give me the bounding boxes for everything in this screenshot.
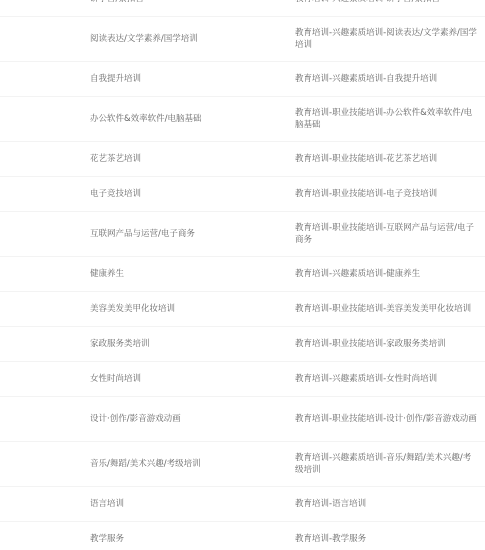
category-name: 互联网产品与运营/电子商务 [0,228,295,240]
category-name: 美容美发美甲化妆培训 [0,303,295,315]
table-row: 办公软件&效率软件/电脑基础 教育培训-职业技能培训-办公软件&效率软件/电脑基… [0,97,485,142]
category-path: 教育培训-兴趣素质培训-阅读表达/文学素养/国学培训 [295,27,477,51]
table-row: 女性时尚培训 教育培训-兴趣素质培训-女性时尚培训 [0,362,485,397]
table-row: 花艺茶艺培训 教育培训-职业技能培训-花艺茶艺培训 [0,142,485,177]
table-row: 教学服务 教育培训-教学服务 [0,522,485,550]
category-path: 教育培训-职业技能培训-设计·创作/影音游戏动画 [295,413,477,425]
category-path: 教育培训-职业技能培训-家政服务类培训 [295,338,477,350]
table-row: 家政服务类培训 教育培训-职业技能培训-家政服务类培训 [0,327,485,362]
category-name: 语言培训 [0,498,295,510]
category-path: 教育培训-兴趣素质培训-研学营/素拓营 [295,0,477,5]
table-row: 互联网产品与运营/电子商务 教育培训-职业技能培训-互联网产品与运营/电子商务 [0,212,485,257]
category-name: 办公软件&效率软件/电脑基础 [0,113,295,125]
category-name: 女性时尚培训 [0,373,295,385]
category-name: 自我提升培训 [0,73,295,85]
category-name: 教学服务 [0,533,295,545]
category-path: 教育培训-职业技能培训-美容美发美甲化妆培训 [295,303,477,315]
category-path: 教育培训-兴趣素质培训-音乐/舞蹈/美术兴趣/考级培训 [295,452,477,476]
category-name: 设计·创作/影音游戏动画 [0,413,295,425]
category-path: 教育培训-兴趣素质培训-女性时尚培训 [295,373,477,385]
category-name: 音乐/舞蹈/美术兴趣/考级培训 [0,458,295,470]
category-name: 健康养生 [0,268,295,280]
category-name: 花艺茶艺培训 [0,153,295,165]
table-row: 电子竞技培训 教育培训-职业技能培训-电子竞技培训 [0,177,485,212]
table-row: 设计·创作/影音游戏动画 教育培训-职业技能培训-设计·创作/影音游戏动画 [0,397,485,442]
category-path: 教育培训-职业技能培训-互联网产品与运营/电子商务 [295,222,477,246]
category-name: 家政服务类培训 [0,338,295,350]
category-path: 教育培训-职业技能培训-花艺茶艺培训 [295,153,477,165]
category-table: 研学营/素拓营 教育培训-兴趣素质培训-研学营/素拓营 阅读表达/文学素养/国学… [0,0,485,550]
category-path: 教育培训-职业技能培训-办公软件&效率软件/电脑基础 [295,107,477,131]
category-path: 教育培训-兴趣素质培训-自我提升培训 [295,73,477,85]
table-row: 阅读表达/文学素养/国学培训 教育培训-兴趣素质培训-阅读表达/文学素养/国学培… [0,17,485,62]
category-name: 阅读表达/文学素养/国学培训 [0,33,295,45]
category-name: 电子竞技培训 [0,188,295,200]
table-row: 美容美发美甲化妆培训 教育培训-职业技能培训-美容美发美甲化妆培训 [0,292,485,327]
table-row: 语言培训 教育培训-语言培训 [0,487,485,522]
category-path: 教育培训-职业技能培训-电子竞技培训 [295,188,477,200]
category-name: 研学营/素拓营 [0,0,295,5]
table-row: 研学营/素拓营 教育培训-兴趣素质培训-研学营/素拓营 [0,0,485,17]
table-row: 自我提升培训 教育培训-兴趣素质培训-自我提升培训 [0,62,485,97]
category-path: 教育培训-教学服务 [295,533,477,545]
category-path: 教育培训-语言培训 [295,498,477,510]
table-row: 音乐/舞蹈/美术兴趣/考级培训 教育培训-兴趣素质培训-音乐/舞蹈/美术兴趣/考… [0,442,485,487]
category-path: 教育培训-兴趣素质培训-健康养生 [295,268,477,280]
table-row: 健康养生 教育培训-兴趣素质培训-健康养生 [0,257,485,292]
